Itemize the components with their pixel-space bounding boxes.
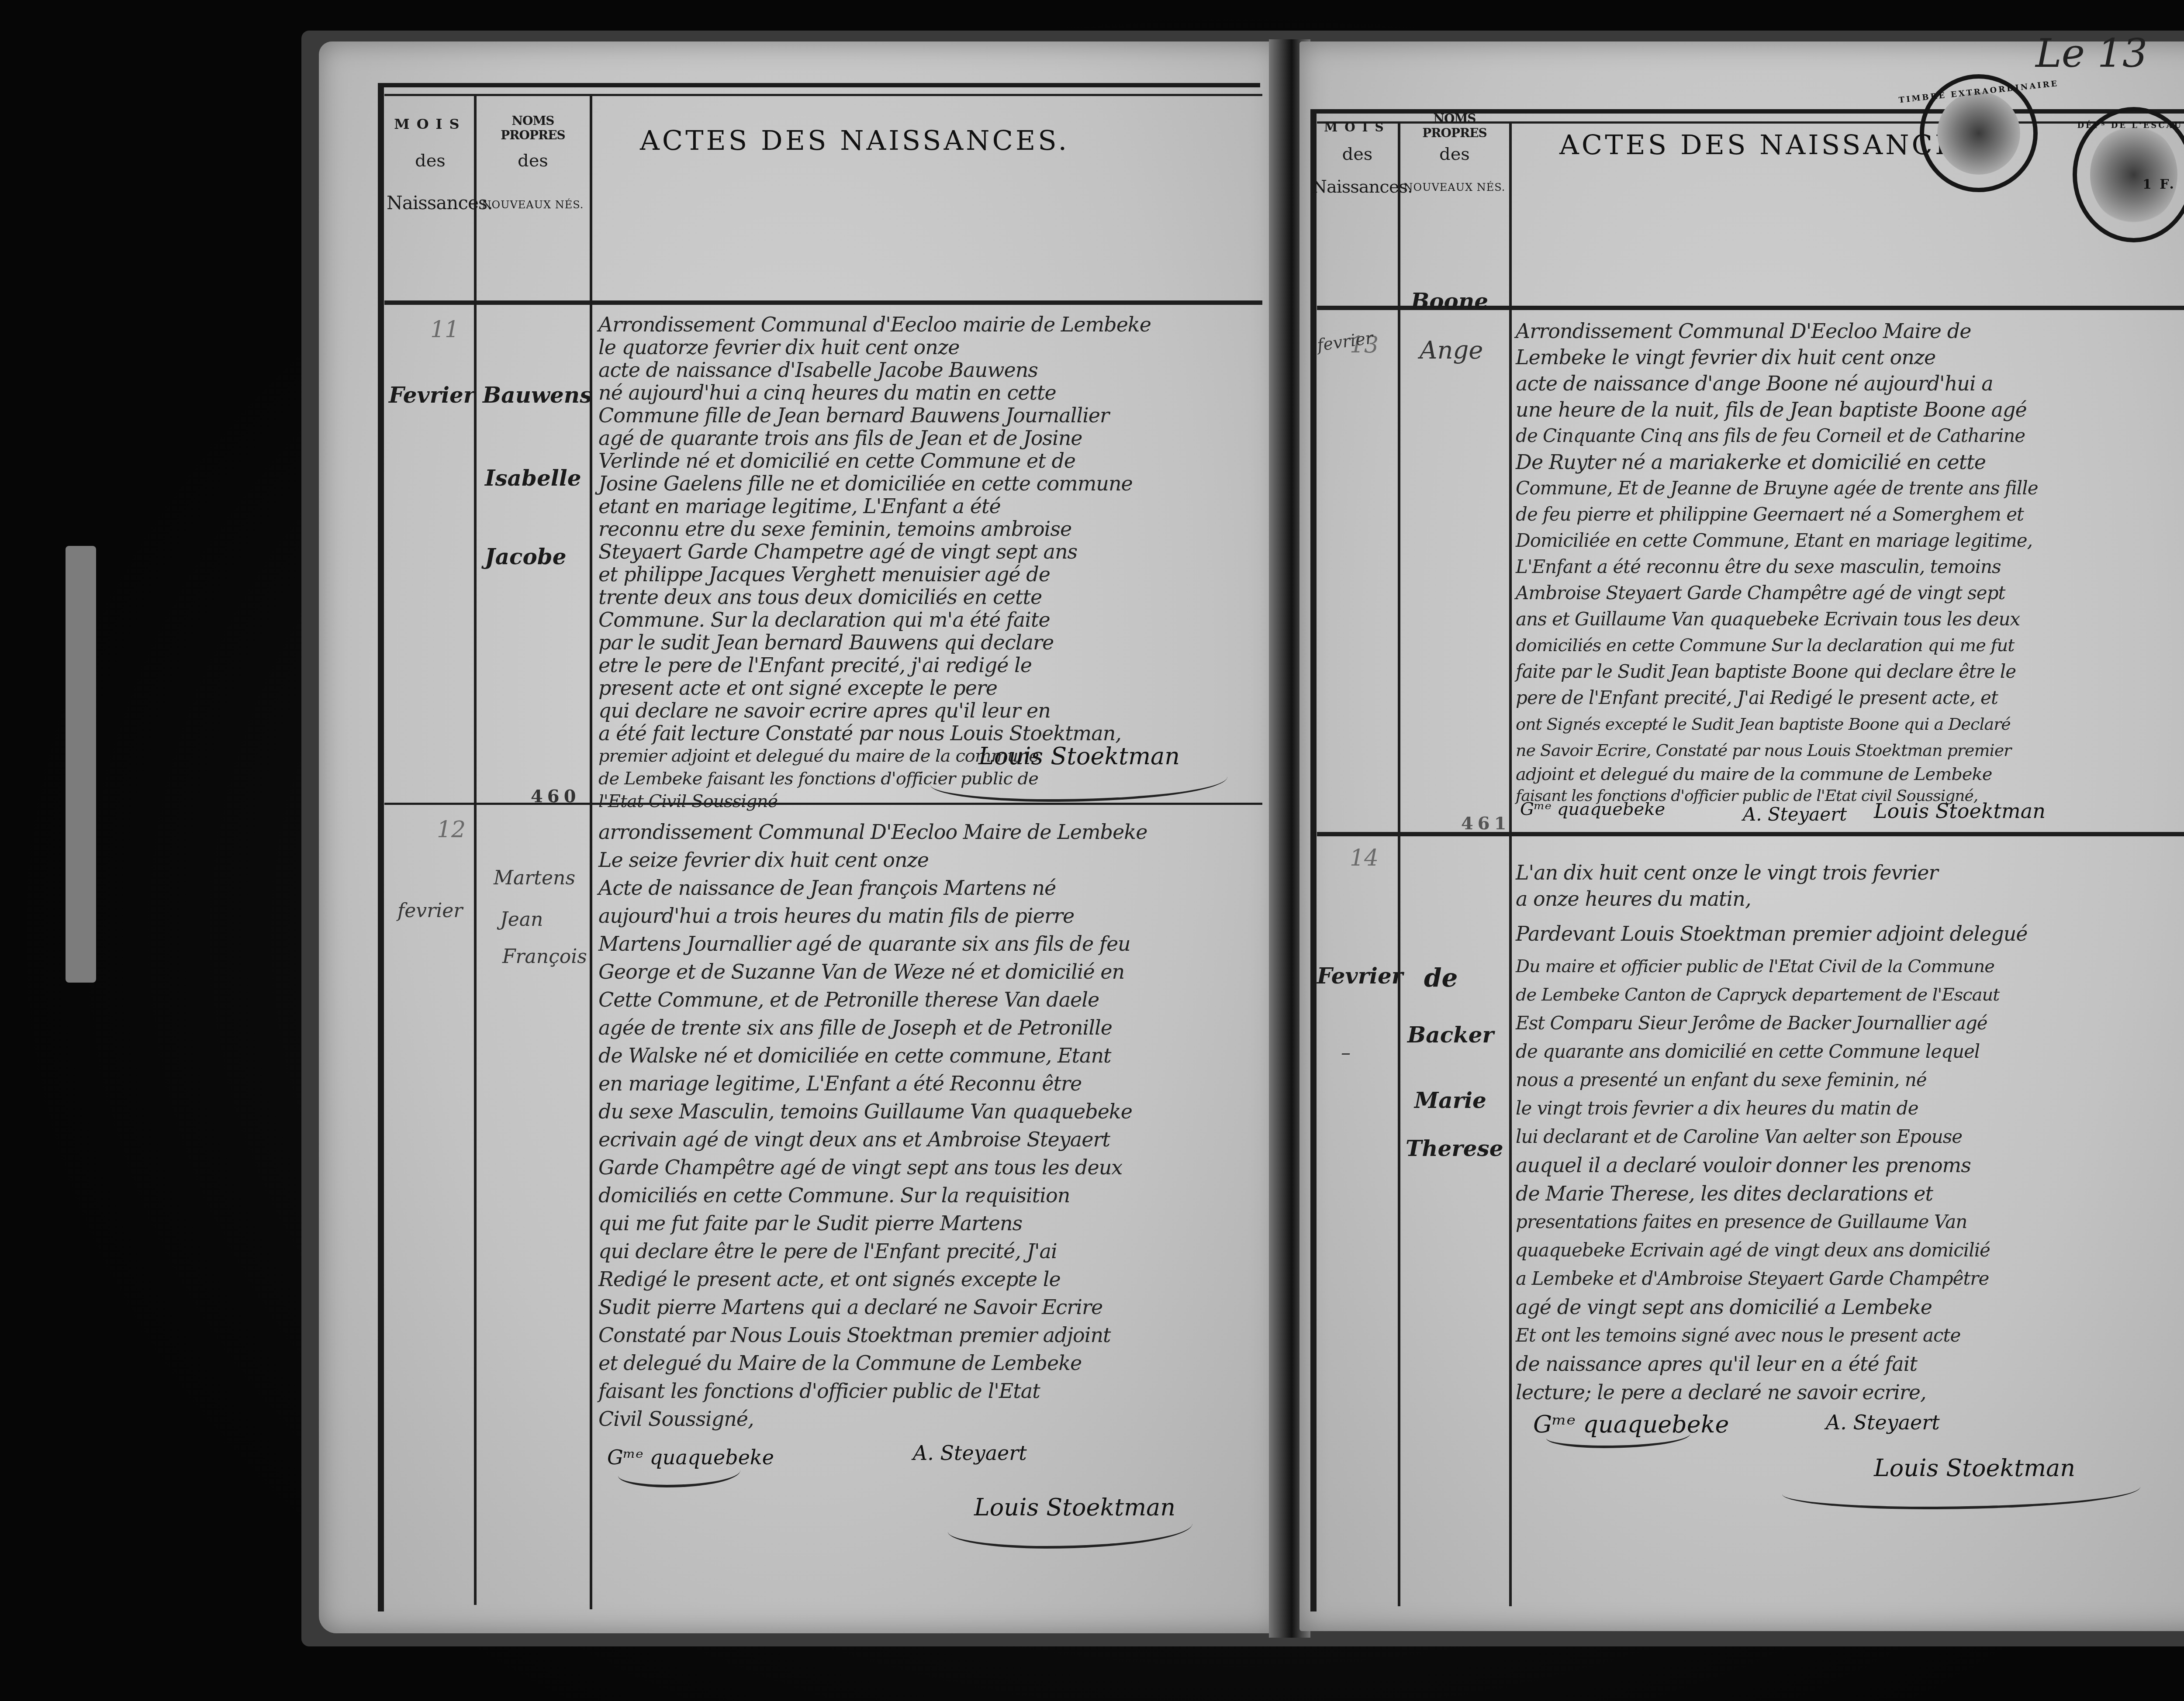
left-col-divider-1	[474, 94, 477, 1605]
left-header-bottom-rule	[384, 300, 1262, 305]
header-noms-propres-label: NOMS PROPRES	[1400, 111, 1509, 140]
entry-month-11: Fevrier	[389, 382, 475, 408]
entry-number-12: 12	[437, 817, 466, 843]
entry-name-surname-14: Backer	[1407, 1022, 1494, 1048]
left-col-divider-2	[590, 94, 592, 1609]
header-mois-des: des	[389, 151, 472, 171]
stamp-figure-icon	[2090, 124, 2177, 225]
folio-number-461: 461	[1461, 813, 1511, 834]
header-naissances-label: Naissances.	[387, 192, 474, 214]
corner-mark: Le 13	[2035, 31, 2147, 76]
entry-name-surname-11: Bauwens	[483, 382, 592, 408]
header-mois-label: MOIS	[389, 116, 472, 132]
stamp-text: DÉPᵀ DE L'ESCAUT	[2077, 121, 2184, 130]
stamp-value: 1 F.	[2143, 177, 2176, 192]
entry-month-14: Fevrier	[1317, 963, 1403, 989]
stamp-emblem-icon	[1937, 92, 2020, 175]
header-mois-label: MOIS	[1317, 120, 1398, 135]
entry-name-first-14: Marie	[1414, 1087, 1486, 1113]
signature-stoektman: Louis Stoektman	[1874, 799, 2046, 823]
entry-number-11: 11	[430, 317, 459, 343]
margin-dash: –	[1341, 1042, 1351, 1064]
signature-steyaert: A. Steyaert	[1743, 804, 1847, 825]
left-entry-divider	[384, 803, 1262, 805]
signature-steyaert: A. Steyaert	[1826, 1411, 1940, 1434]
signature-quaquebeke: Gᵐᵉ quaquebeke	[1520, 799, 1665, 819]
entry-name-second-12: François	[502, 945, 587, 968]
scanner-strap-left	[66, 546, 96, 983]
entry-name-surname-12: Martens	[494, 867, 575, 889]
left-header-rule-inner	[384, 94, 1262, 96]
header-naissances-label: Naissances.	[1312, 177, 1399, 197]
right-col-divider-1	[1398, 121, 1400, 1606]
text-line: a onze heures du matin,	[1516, 880, 1751, 918]
folio-number-460: 460	[531, 786, 581, 807]
text-line: Civil Soussigné,	[598, 1400, 754, 1438]
right-col-divider-2	[1509, 121, 1512, 1606]
header-noms-des: des	[1400, 144, 1509, 164]
right-entry-divider	[1317, 832, 2184, 836]
entry-name-surname-13: Boone	[1411, 288, 1488, 314]
entry-number-14: 14	[1350, 845, 1379, 871]
entry-name-first-13: Ange	[1420, 336, 1483, 365]
header-noms-propres-label: NOMS PROPRES	[478, 114, 587, 142]
entry-name-first-12: Jean	[500, 908, 543, 931]
entry-month-12: fevrier	[397, 900, 463, 922]
signature-steyaert: A. Steyaert	[913, 1441, 1027, 1465]
timbre-extraordinaire-stamp: TIMBRE EXTRAORDINAIRE	[1920, 74, 2038, 192]
page-title-left: ACTES DES NAISSANCES.	[640, 124, 1069, 156]
header-mois-des: des	[1317, 144, 1398, 164]
text-line: Pardevant Louis Stoektman premier adjoin…	[1516, 915, 2027, 952]
header-noms-des: des	[478, 151, 587, 171]
entry-name-first-11: Isabelle	[485, 465, 581, 491]
header-nouveaux-nes-label: NOUVEAUX NÉS.	[1400, 181, 1509, 193]
entry-name-second-11: Jacobe	[485, 544, 567, 569]
header-nouveaux-nes-label: NOUVEAUX NÉS.	[478, 199, 587, 211]
entry-name-second-14: Therese	[1406, 1135, 1503, 1161]
entry-name-particle-14: de	[1424, 963, 1458, 993]
text-line: lecture; le pere a declaré ne savoir ecr…	[1516, 1373, 1926, 1411]
